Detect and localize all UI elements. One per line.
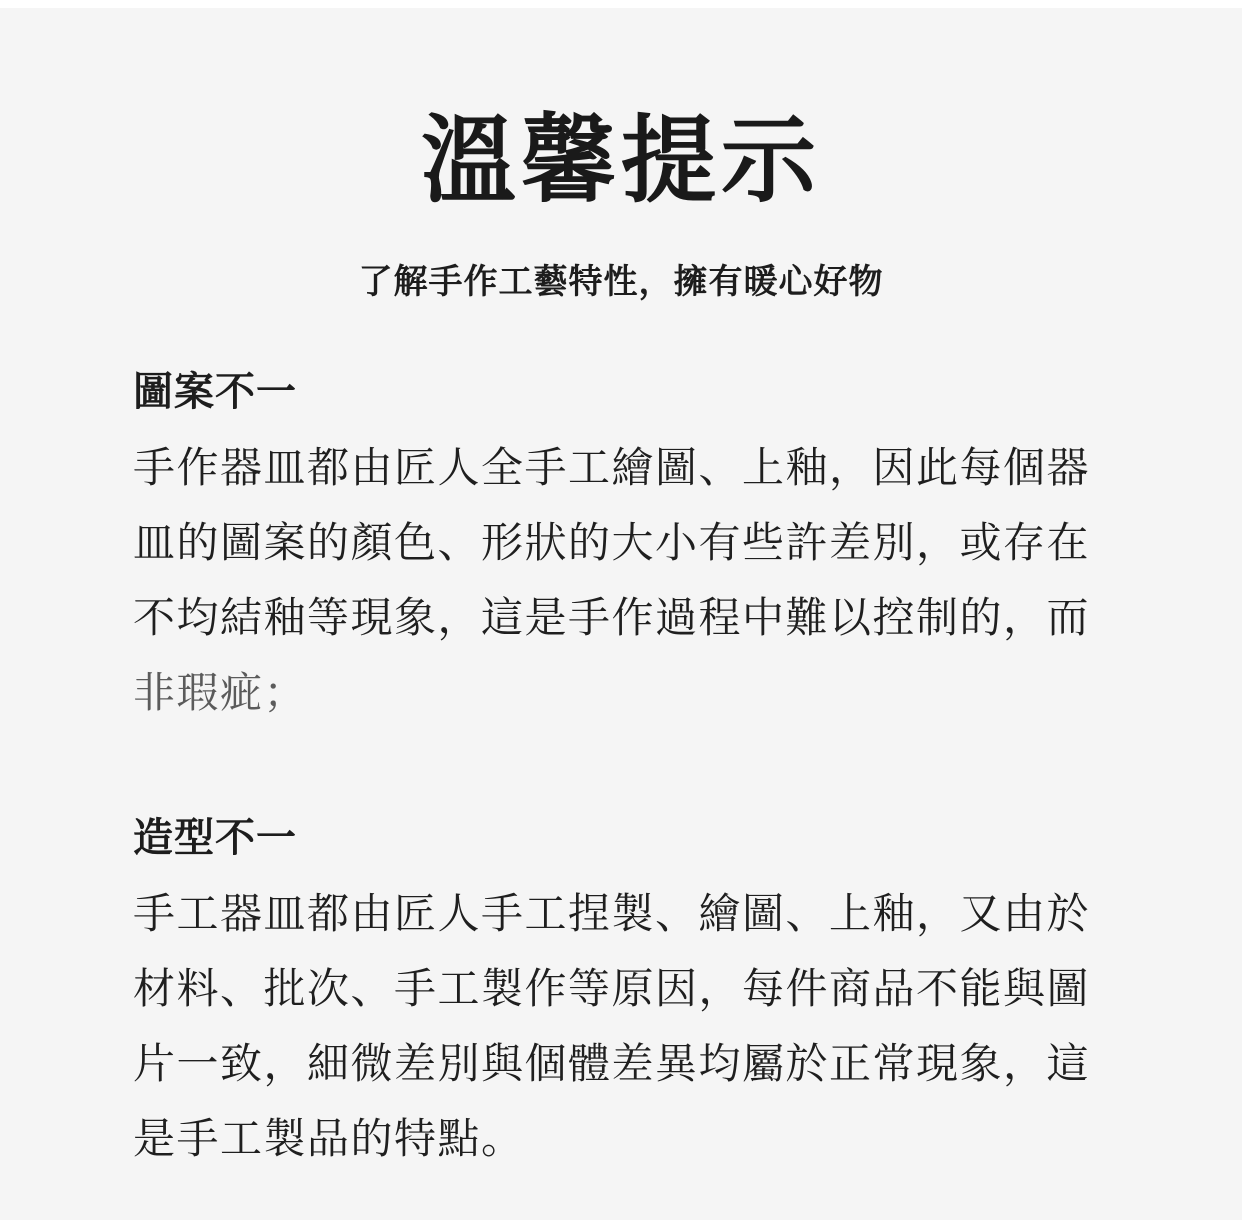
text-line: 材料、批次、手工製作等原因，每件商品不能與圖 — [133, 951, 1182, 1026]
text-line: 不均結釉等現象，這是手作過程中難以控制的，而 — [133, 580, 1182, 655]
text-line: 是手工製品的特點。 — [133, 1101, 1182, 1176]
notice-section: 造型不一 手工器皿都由匠人手工捏製、繪圖、上釉，又由於材料、批次、手工製作等原因… — [133, 801, 1182, 1176]
text-line: 片一致，細微差別與個體差異均屬於正常現象，這 — [133, 1026, 1182, 1101]
page-subtitle: 了解手作工藝特性，擁有暖心好物 — [0, 262, 1242, 302]
text-line: 手工器皿都由匠人手工捏製、繪圖、上釉，又由於 — [133, 876, 1182, 951]
page-title: 溫馨提示 — [0, 106, 1242, 216]
top-strip — [0, 0, 1242, 8]
section-heading: 造型不一 — [133, 801, 1182, 876]
notice-sections: 圖案不一 手作器皿都由匠人全手工繪圖、上釉，因此每個器皿的圖案的顏色、形狀的大小… — [133, 355, 1182, 1176]
text-line: 手作器皿都由匠人全手工繪圖、上釉，因此每個器 — [133, 430, 1182, 505]
notice-section: 圖案不一 手作器皿都由匠人全手工繪圖、上釉，因此每個器皿的圖案的顏色、形狀的大小… — [133, 355, 1182, 730]
section-heading: 圖案不一 — [133, 355, 1182, 430]
section-body: 手工器皿都由匠人手工捏製、繪圖、上釉，又由於材料、批次、手工製作等原因，每件商品… — [133, 876, 1182, 1176]
section-body: 手作器皿都由匠人全手工繪圖、上釉，因此每個器皿的圖案的顏色、形狀的大小有些許差別… — [133, 430, 1182, 730]
text-line-muted: 非瑕疵； — [133, 655, 1182, 730]
text-line: 皿的圖案的顏色、形狀的大小有些許差別，或存在 — [133, 505, 1182, 580]
